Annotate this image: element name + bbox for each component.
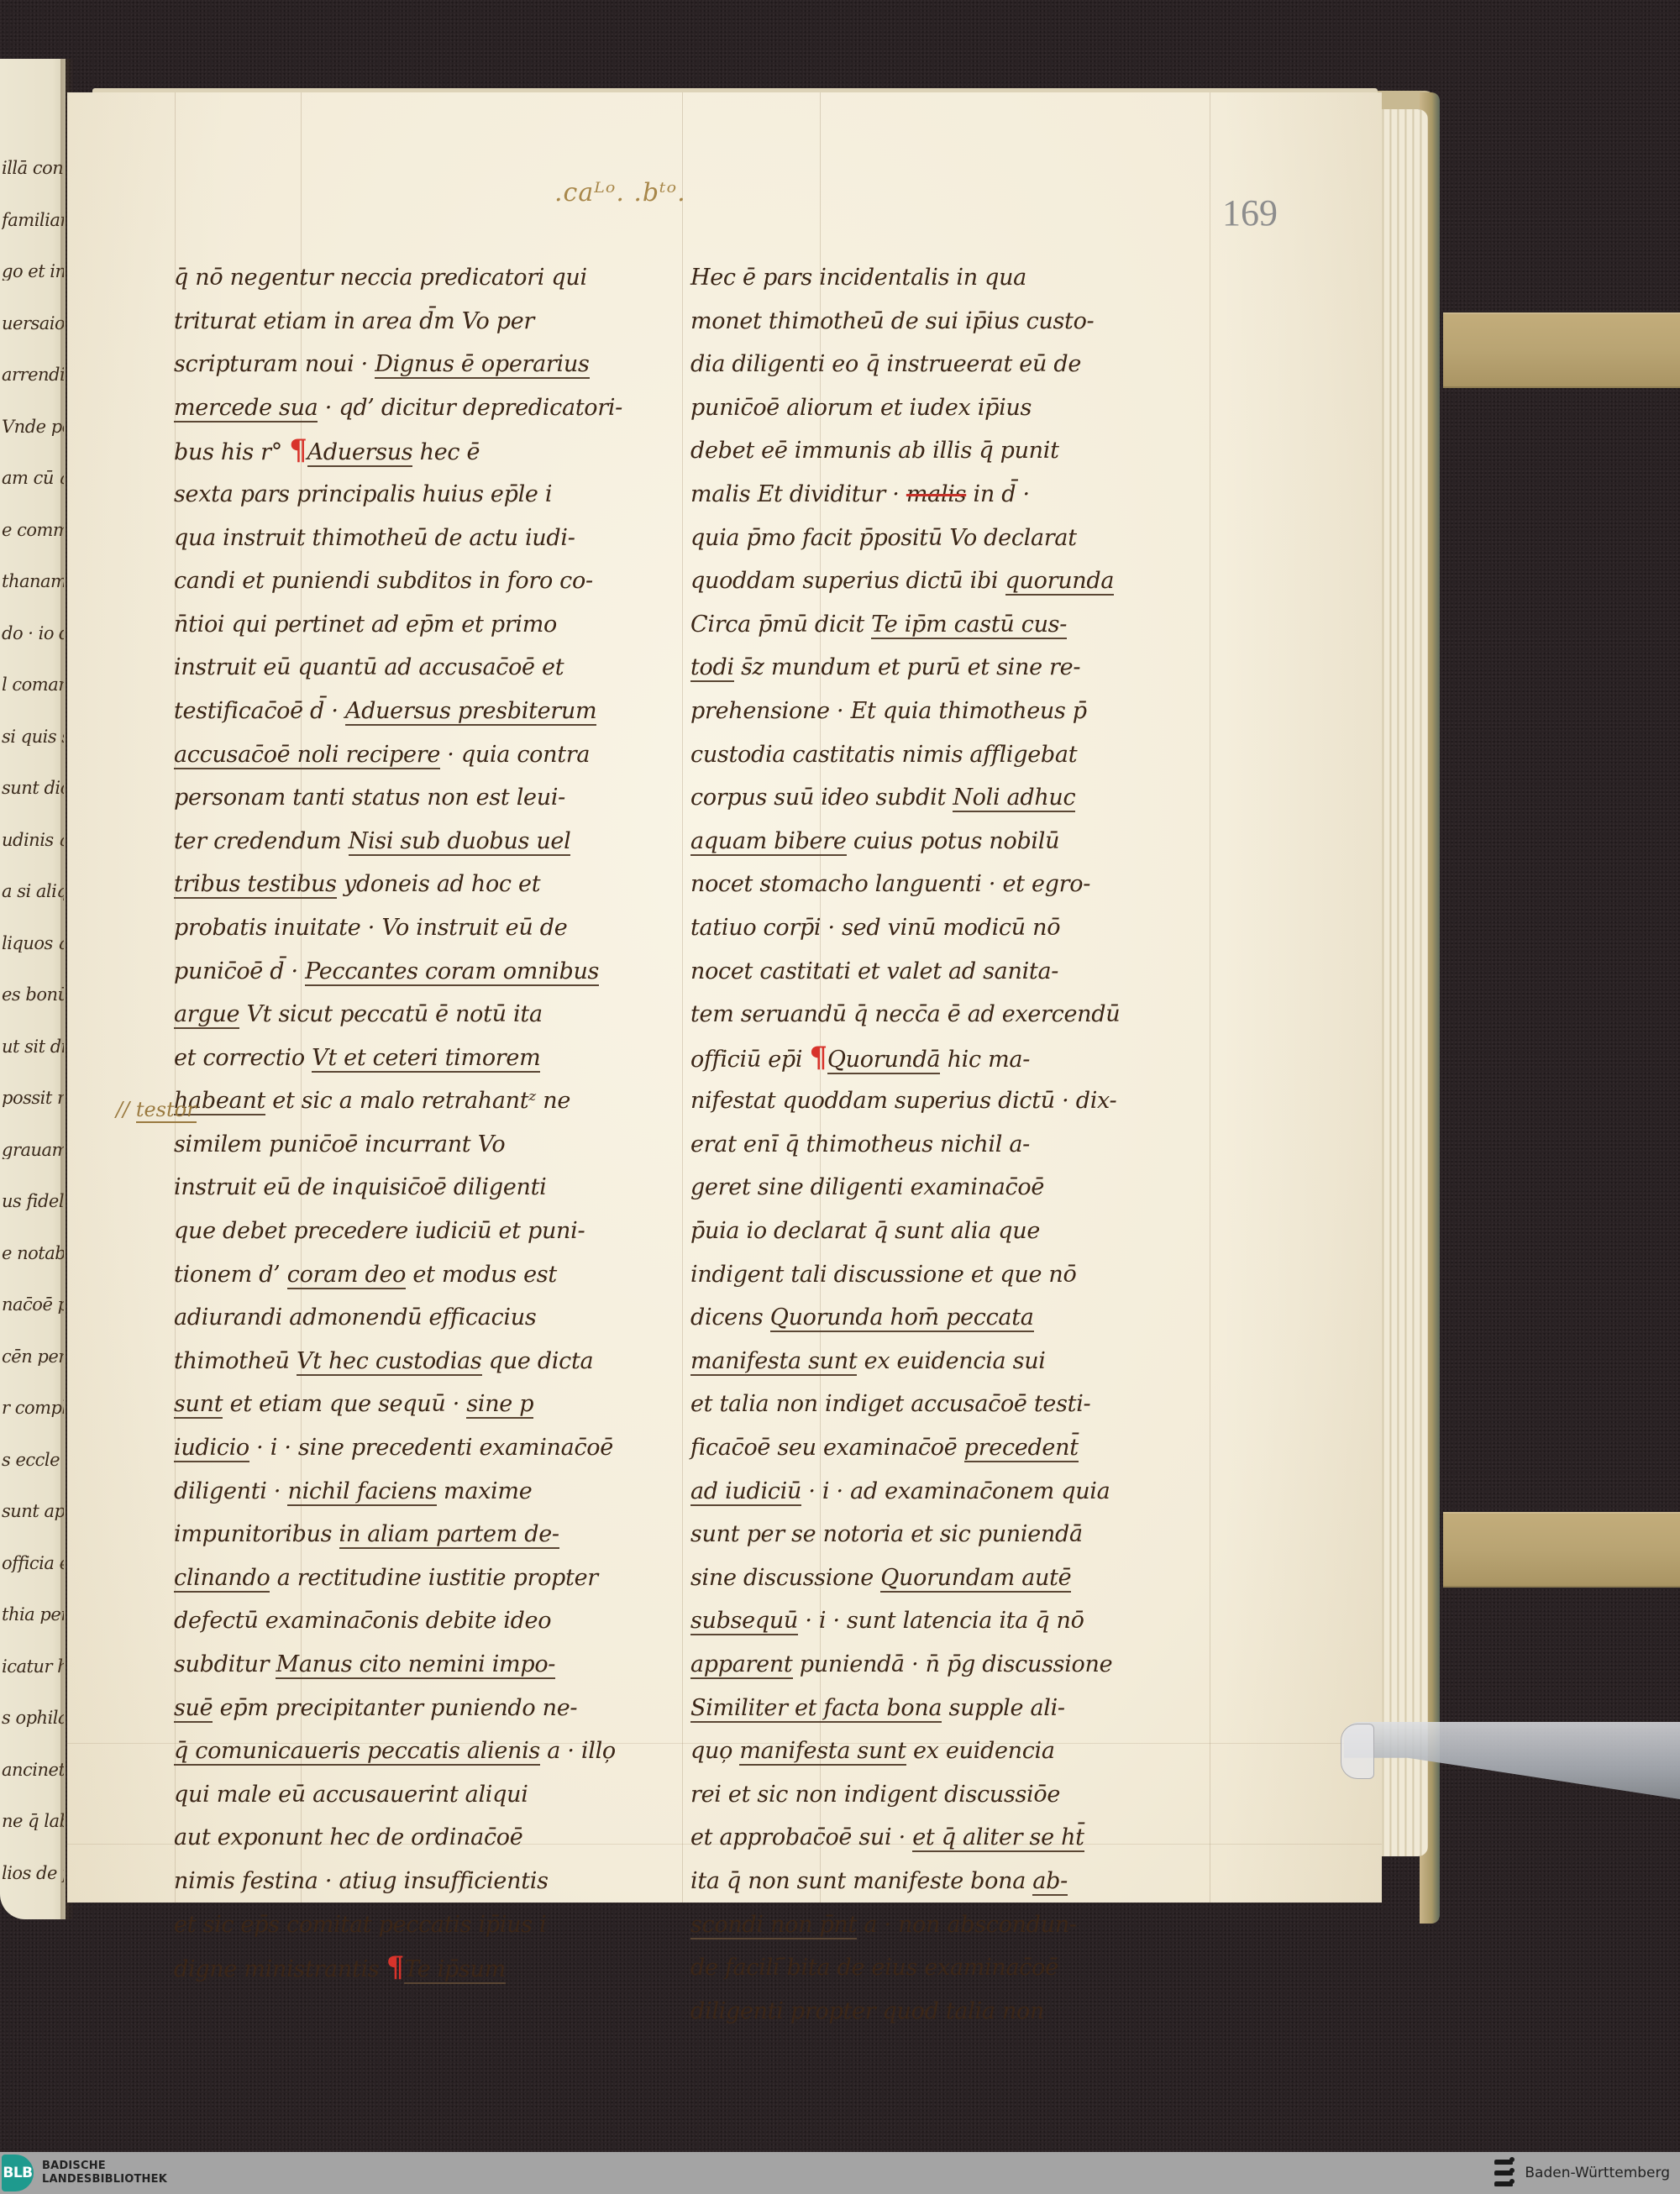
- facing-page-text-fragment: go et inimo: [2, 263, 64, 281]
- underlined-lemma: subsequū: [690, 1608, 798, 1635]
- line-text: dia diligenti eo q̄ instrueerat eū de: [690, 351, 1081, 377]
- line-text: maxime: [437, 1478, 533, 1504]
- manuscript-line: dicens Quorunda hom̄ peccata: [690, 1296, 1161, 1340]
- line-text: p̄uia io declarat q̄ sunt alia que: [690, 1218, 1040, 1244]
- underlined-lemma: Vt et ceteri timorem: [312, 1045, 540, 1073]
- line-text: adiurandi admonendū efficacius: [174, 1304, 536, 1331]
- underlined-lemma: q̄ comunicaueris peccatis alienis: [174, 1738, 540, 1766]
- line-text: a · non abscondun-: [857, 1912, 1077, 1938]
- underlined-lemma: iudicio: [174, 1435, 249, 1462]
- line-text: ficac̄oē seu examinac̄oē: [690, 1435, 964, 1461]
- manuscript-line: subditur Manus cito nemini impo-: [174, 1643, 644, 1687]
- line-text: monet thimotheū de sui ip̄ius custo-: [690, 308, 1094, 334]
- line-text: et correctio: [174, 1045, 312, 1071]
- line-text: · i · sine precedenti examinac̄oē: [249, 1435, 613, 1461]
- struck-text: malis: [906, 481, 966, 507]
- underlined-lemma: et q̄ aliter se ht̄: [912, 1824, 1084, 1852]
- facing-page-text-fragment: sunt app: [2, 1503, 64, 1520]
- ruling-line: [682, 92, 683, 1903]
- facing-page-text-fragment: do · io declar: [2, 625, 64, 643]
- facing-page-text-fragment: arrendi qua: [2, 366, 64, 384]
- line-text: n̄tioi qui pertinet ad ep̄m et primo: [174, 611, 557, 638]
- underlined-lemma: Te ip̄m castū cus-: [871, 611, 1067, 639]
- line-text: tatiuo corp̄i · sed vinū modicū nō: [690, 915, 1060, 941]
- facing-page-text-fragment: possit nisi: [2, 1089, 64, 1107]
- line-text: diligenti ·: [174, 1478, 287, 1504]
- underlined-lemma: Quorunda hom̄ peccata: [770, 1304, 1034, 1332]
- manuscript-line: q̄ nō negentur neccia predicatori qui: [174, 256, 644, 300]
- line-text: et sic ep̄s comitat peccatis ip̄ius i: [174, 1912, 546, 1938]
- line-text: tem seruandū q̄ necc̄a ē ad exercendū: [690, 1001, 1120, 1027]
- manuscript-line: ficac̄oē seu examinac̄oē precedent̄: [690, 1426, 1161, 1470]
- underlined-lemma: coram deo: [287, 1262, 406, 1289]
- line-text: hic ma-: [940, 1047, 1030, 1073]
- line-text: qua instruit thimotheū de actu iudi-: [174, 525, 575, 551]
- line-text: rei et sic non indigent discussiōe: [690, 1782, 1060, 1808]
- manuscript-line: sunt per se notoria et sic puniendā: [690, 1513, 1161, 1556]
- underlined-lemma: Noli adhuc: [953, 785, 1075, 812]
- ruling-line: [1210, 92, 1210, 1903]
- baden-wuerttemberg-text: Baden-Württemberg: [1525, 2165, 1670, 2181]
- facing-page-text-fragment: familiam in: [2, 212, 64, 229]
- line-text: nocet castitati et valet ad sanita-: [690, 958, 1058, 984]
- underlined-lemma: Dignus ē operarius: [375, 351, 589, 379]
- manuscript-line: suē ep̄m precipitanter puniendo ne-: [174, 1687, 644, 1730]
- line-text: testificac̄oē d̄ ·: [174, 698, 345, 724]
- line-text: · i · sunt latencia ita q̄ nō: [798, 1608, 1084, 1634]
- line-text: geret sine diligenti examinac̄oē: [690, 1174, 1044, 1200]
- manuscript-line: Similiter et facta bona supple ali-: [690, 1687, 1161, 1730]
- manuscript-line: diligenti propter quod talia non: [690, 1990, 1161, 2034]
- facing-page-text-fragment: si quis se ep: [2, 728, 64, 746]
- underlined-lemma: Nisi sub duobus uel: [349, 828, 571, 856]
- manuscript-line: probatis inuitate · Vo instruit eū de: [174, 906, 644, 950]
- underlined-lemma: apparent: [690, 1651, 793, 1679]
- manuscript-line: tem seruandū q̄ necc̄a ē ad exercendū: [690, 993, 1161, 1037]
- underlined-lemma: Manus cito nemini impo-: [276, 1651, 555, 1679]
- line-text: que debet precedere iudiciū et puni-: [174, 1218, 585, 1244]
- underlined-lemma: scondi non p̄nt: [690, 1912, 857, 1939]
- underlined-lemma: Quorundam autē: [880, 1565, 1071, 1593]
- manuscript-line: erat enī q̄ thimotheus nichil a-: [690, 1123, 1161, 1167]
- margin-note-text: testor: [136, 1098, 197, 1123]
- facing-page-text-fragment: illā conquest: [2, 160, 64, 177]
- manuscript-line: tatiuo corp̄i · sed vinū modicū nō: [690, 906, 1161, 950]
- line-text: diligenti propter quod talia non: [690, 1998, 1044, 2024]
- manuscript-line: q̄ comunicaueris peccatis alienis a · il…: [174, 1729, 644, 1773]
- manuscript-line: candi et puniendi subditos in foro co-: [174, 559, 644, 603]
- line-text: dicens: [690, 1304, 770, 1331]
- line-text: a rectitudine iustitie propter: [270, 1565, 597, 1591]
- baden-wuerttemberg-logo[interactable]: Baden-Württemberg: [1493, 2157, 1670, 2189]
- facing-page-text-fragment: e commenat: [2, 522, 64, 539]
- line-text: et sic a malo retrahantᶻ ne: [265, 1088, 570, 1114]
- margin-note: // testor: [116, 1098, 197, 1121]
- manuscript-line: mercede sua · qd’ dicitur depredicatori-: [174, 386, 644, 430]
- line-text: sine discussione: [690, 1565, 880, 1591]
- facing-page-text-fragment: l comande: [2, 676, 64, 694]
- manuscript-line: diligenti · nichil faciens maxime: [174, 1470, 644, 1514]
- facing-page-text-fragment: terpres: [2, 1916, 64, 1919]
- manuscript-line: thimotheū Vt hec custodias que dicta: [174, 1340, 644, 1383]
- line-text: quo̦: [690, 1738, 739, 1764]
- line-text: personam tanti status non est leui-: [174, 785, 565, 811]
- manuscript-line: custodia castitatis nimis affligebat: [690, 733, 1161, 777]
- manuscript-line: iudicio · i · sine precedenti examinac̄o…: [174, 1426, 644, 1470]
- facing-page-text-fragment: uersaio r uis: [2, 315, 64, 333]
- manuscript-line: tionem d’ coram deo et modus est: [174, 1253, 644, 1297]
- underlined-lemma: sunt: [174, 1391, 223, 1419]
- line-text: et etiam que sequū ·: [223, 1391, 466, 1417]
- manuscript-line: clinando a rectitudine iustitie propter: [174, 1556, 644, 1600]
- manuscript-line: ter credendum Nisi sub duobus uel: [174, 820, 644, 863]
- manuscript-line: que debet precedere iudiciū et puni-: [174, 1210, 644, 1253]
- manuscript-line: impunitoribus in aliam partem de-: [174, 1513, 644, 1556]
- facing-page-text-fragment: s ophilat: [2, 1709, 64, 1727]
- manuscript-line: monet thimotheū de sui ip̄ius custo-: [690, 300, 1161, 344]
- folio-number: 169: [1222, 192, 1278, 234]
- manuscript-line: scripturam noui · Dignus ē operarius: [174, 343, 644, 386]
- line-text: subditur: [174, 1651, 276, 1677]
- line-text: · quia contra: [440, 742, 590, 768]
- manuscript-line: et correctio Vt et ceteri timorem: [174, 1037, 644, 1080]
- line-text: bus his r°: [174, 439, 289, 465]
- facing-page-text-fragment: ne q̄ laborat: [2, 1813, 64, 1830]
- underlined-lemma: manifesta sunt: [739, 1738, 906, 1766]
- underlined-lemma: Similiter et facta bona: [690, 1695, 942, 1723]
- viewer-footer: BLB BADISCHE LANDESBIBLIOTHEK Baden-Würt…: [0, 2152, 1680, 2194]
- manuscript-line: corpus suū ideo subdit Noli adhuc: [690, 776, 1161, 820]
- line-text: ep̄m precipitanter puniendo ne-: [213, 1695, 577, 1721]
- paragraph-mark-icon: ¶: [289, 433, 307, 467]
- facing-page-text-fragment: sunt dicende: [2, 779, 64, 797]
- facing-page-text-fragment: a si aliq sunt: [2, 883, 64, 900]
- manuscript-line: officiū ep̄i ¶Quorundā hic ma-: [690, 1037, 1161, 1080]
- manuscript-line: quoddam superius dictū ibi quorunda: [690, 559, 1161, 603]
- underlined-lemma: tribus testibus: [174, 871, 337, 899]
- underlined-lemma: Vt hec custodias: [297, 1348, 482, 1376]
- manuscript-line: nifestat quoddam superius dictū · dix-: [690, 1079, 1161, 1123]
- line-text: et approbac̄oē sui ·: [690, 1824, 912, 1850]
- underlined-lemma: precedent̄: [964, 1435, 1079, 1462]
- facing-page-text-fragment: grauamen: [2, 1142, 64, 1159]
- line-text: punic̄oē d̄ ·: [174, 958, 305, 984]
- manuscript-line: sunt et etiam que sequū · sine p: [174, 1383, 644, 1426]
- manuscript-line: testificac̄oē d̄ · Aduersus presbiterum: [174, 690, 644, 733]
- manuscript-line: et sic ep̄s comitat peccatis ip̄ius i: [174, 1903, 644, 1947]
- line-text: impunitoribus: [174, 1521, 339, 1547]
- paragraph-mark-icon: ¶: [386, 1950, 404, 1984]
- underlined-lemma: ad iudiciū: [690, 1478, 801, 1506]
- manuscript-line: ad iudiciū · i · ad examinac̄onem quia: [690, 1470, 1161, 1514]
- manuscript-line: rei et sic non indigent discussiōe: [690, 1773, 1161, 1817]
- underlined-lemma: Quorundā: [827, 1047, 940, 1074]
- underlined-lemma: sine p: [466, 1391, 533, 1419]
- facing-page-text-fragment: ut sit dis: [2, 1038, 64, 1056]
- blb-line-1: BADISCHE: [42, 2160, 167, 2173]
- underlined-lemma: mercede sua: [174, 395, 318, 423]
- facing-page-text-fragment: officia eccl: [2, 1555, 64, 1572]
- line-text: punic̄oē aliorum et iudex ip̄ius: [690, 395, 1032, 421]
- line-text: et modus est: [406, 1262, 557, 1288]
- manuscript-line: quo̦ manifesta sunt ex euidencia: [690, 1729, 1161, 1773]
- manuscript-line: digne ministrantis ¶Te ip̄sum: [174, 1946, 644, 1990]
- underlined-lemma: argue: [174, 1001, 239, 1029]
- line-text: candi et puniendi subditos in foro co-: [174, 568, 593, 594]
- line-text: qui male eū accusauerint aliqui: [174, 1782, 528, 1808]
- manuscript-line: instruit eū de inquisic̄oē diligenti: [174, 1166, 644, 1210]
- facing-page-text-fragment: cēn per: [2, 1348, 64, 1366]
- line-text: ita q̄ non sunt manifeste bona: [690, 1868, 1032, 1894]
- line-text: probatis inuitate · Vo instruit eū de: [174, 915, 567, 941]
- facing-page-text-fragment: thia pertin: [2, 1606, 64, 1624]
- line-text: quoddam superius dictū ibi: [690, 568, 1005, 594]
- blb-logo-text: BADISCHE LANDESBIBLIOTHEK: [42, 2160, 167, 2186]
- line-text: · qd’ dicitur depredicatori-: [318, 395, 622, 421]
- line-text: defectū examinac̄onis debite ideo: [174, 1608, 551, 1634]
- manuscript-line: prehensione · Et quia thimotheus p̄: [690, 690, 1161, 733]
- underlined-lemma: accusac̄oē noli recipere: [174, 742, 440, 769]
- facing-page-text-fragment: udinis quali: [2, 832, 64, 849]
- manuscript-line: sine discussione Quorundam autē: [690, 1556, 1161, 1600]
- underlined-lemma: todi: [690, 654, 734, 682]
- line-text: ex euidencia: [906, 1738, 1055, 1764]
- underlined-lemma: Te ip̄sum: [404, 1956, 506, 1984]
- line-text: s̄z mundum et purū et sine re-: [734, 654, 1080, 680]
- line-text: a · illo̦: [540, 1738, 616, 1764]
- facing-page-edge: illā conquestfamiliam ingo et inimouersa…: [0, 59, 66, 1919]
- line-text: cuius potus nobilū: [847, 828, 1060, 854]
- underlined-lemma: suē: [174, 1695, 213, 1723]
- manuscript-line: personam tanti status non est leui-: [174, 776, 644, 820]
- manuscript-line: nocet stomacho languenti · et egro-: [690, 863, 1161, 906]
- manuscript-line: adiurandi admonendū efficacius: [174, 1296, 644, 1340]
- line-text: aut exponunt hec de ordinac̄oē: [174, 1824, 522, 1850]
- manuscript-line: instruit eū quantū ad accusac̄oē et: [174, 646, 644, 690]
- line-text: triturat etiam in area d̄m Vo per: [174, 308, 534, 334]
- blb-logo[interactable]: BLB BADISCHE LANDESBIBLIOTHEK: [2, 2155, 167, 2191]
- text-column-right: Hec ē pars incidentalis in quamonet thi…: [690, 256, 1161, 2033]
- facing-page-text-fragment: liquos quod: [2, 935, 64, 953]
- manuscript-line: ita q̄ non sunt manifeste bona ab-: [690, 1860, 1161, 1903]
- line-text: sunt per se notoria et sic puniendā: [690, 1521, 1083, 1547]
- line-text: instruit eū de inquisic̄oē diligenti: [174, 1174, 546, 1200]
- line-text: tionem d’: [174, 1262, 287, 1288]
- manuscript-line: subsequū · i · sunt latencia ita q̄ nō: [690, 1599, 1161, 1643]
- facing-page-text-fragment: thanam ons: [2, 573, 64, 590]
- line-text: quia p̄mo facit p̄positū Vo declarat: [690, 525, 1077, 551]
- blb-logo-mark: BLB: [2, 2155, 34, 2191]
- text-column-left: q̄ nō negentur neccia predicatori quitr…: [174, 256, 644, 1990]
- line-text: instruit eū quantū ad accusac̄oē et: [174, 654, 564, 680]
- underlined-lemma: clinando: [174, 1565, 270, 1593]
- line-text: similem punic̄oē incurrant Vo: [174, 1131, 505, 1157]
- manuscript-line: defectū examinac̄onis debite ideo: [174, 1599, 644, 1643]
- facing-page-text-fragment: e notabilis: [2, 1245, 64, 1262]
- line-text: ex euidencia sui: [857, 1348, 1045, 1374]
- manuscript-line: punic̄oē d̄ · Peccantes coram omnibus: [174, 950, 644, 994]
- line-text: digne ministrantis: [174, 1956, 386, 1982]
- manuscript-line: debet eē immunis ab illis q̄ punit: [690, 429, 1161, 473]
- line-text: malis Et dividitur ·: [690, 481, 906, 507]
- manuscript-line: qua instruit thimotheū de actu iudi-: [174, 517, 644, 560]
- margin-note-mark: //: [116, 1098, 129, 1121]
- manuscript-line: de facili ̄bita de eius examinac̄oē: [690, 1946, 1161, 1990]
- manuscript-line: et approbac̄oē sui · et q̄ aliter se ht…: [690, 1816, 1161, 1860]
- line-text: nifestat quoddam superius dictū · dix-: [690, 1088, 1116, 1114]
- line-text: Vt sicut peccatū ē notū ita: [239, 1001, 543, 1027]
- line-text: et talia non indiget accusac̄oē testi-: [690, 1391, 1090, 1417]
- facing-page-text-fragment: us fidelis: [2, 1193, 64, 1210]
- line-text: q̄ nō negentur neccia predicatori qui: [174, 265, 587, 291]
- line-text: ter credendum: [174, 828, 349, 854]
- facing-page-text-fragment: es bonū ep: [2, 986, 64, 1004]
- manuscript-line: et talia non indiget accusac̄oē testi-: [690, 1383, 1161, 1426]
- manuscript-line: punic̄oē aliorum et iudex ip̄ius: [690, 386, 1161, 430]
- book-clamp-tip: [1341, 1724, 1374, 1779]
- manuscript-line: tribus testibus ydoneis ad hoc et: [174, 863, 644, 906]
- running-head: .caᴸᵒ. .bᵗᵒ.: [554, 178, 686, 207]
- facing-page-text-fragment: s eccl̄e quae: [2, 1451, 64, 1469]
- manuscript-line: dia diligenti eo q̄ instrueerat eū de: [690, 343, 1161, 386]
- manuscript-line: todi s̄z mundum et purū et sine re-: [690, 646, 1161, 690]
- line-text: · i · ad examinac̄onem quia: [801, 1478, 1110, 1504]
- line-text: nocet stomacho languenti · et egro-: [690, 871, 1090, 897]
- facing-page-text-fragment: am cū quod: [2, 470, 64, 487]
- manuscript-line: triturat etiam in area d̄m Vo per: [174, 300, 644, 344]
- manuscript-line: nocet castitati et valet ad sanita-: [690, 950, 1161, 994]
- underlined-lemma: ab-: [1032, 1868, 1068, 1896]
- facing-page-text-fragment: icatur h: [2, 1658, 64, 1676]
- line-text: debet eē immunis ab illis q̄ punit: [690, 438, 1059, 464]
- facing-page-text-fragment: r complet: [2, 1399, 64, 1417]
- manuscript-line: similem punic̄oē incurrant Vo: [174, 1123, 644, 1167]
- line-text: thimotheū: [174, 1348, 297, 1374]
- line-text: prehensione · Et quia thimotheus p̄: [690, 698, 1087, 724]
- manuscript-line: n̄tioi qui pertinet ad ep̄m et primo: [174, 603, 644, 647]
- underlined-lemma: Aduersus: [307, 439, 413, 467]
- line-text: supple ali-: [942, 1695, 1064, 1721]
- manuscript-line: scondi non p̄nt a · non abscondun-: [690, 1903, 1161, 1947]
- line-text: hec ē: [412, 439, 480, 465]
- line-text: Hec ē pars incidentalis in qua: [690, 265, 1026, 291]
- underlined-lemma: in aliam partem de-: [339, 1521, 559, 1549]
- facing-page-text-fragment: ancinetis u: [2, 1761, 64, 1779]
- line-text: de facili ̄bita de eius examinac̄oē: [690, 1955, 1058, 1981]
- manuscript-line: qui male eū accusauerint aliqui: [174, 1773, 644, 1817]
- manuscript-line: quia p̄mo facit p̄positū Vo declarat: [690, 517, 1161, 560]
- line-text: scripturam noui ·: [174, 351, 375, 377]
- line-text: puniendā · n̄ p̄g discussione: [793, 1651, 1113, 1677]
- line-text: que dicta: [482, 1348, 594, 1374]
- manuscript-line: apparent puniendā · n̄ p̄g discussione: [690, 1643, 1161, 1687]
- underlined-lemma: Peccantes coram omnibus: [305, 958, 599, 986]
- underlined-lemma: Aduersus presbiterum: [345, 698, 596, 726]
- facing-page-text-fragment: nac̄oē pu: [2, 1296, 64, 1314]
- manuscript-line: nimis festina · atiug insufficientis: [174, 1860, 644, 1903]
- paragraph-mark-icon: ¶: [810, 1041, 827, 1074]
- underlined-lemma: manifesta sunt: [690, 1348, 857, 1376]
- clasp-strap-upper: [1443, 312, 1680, 388]
- manuscript-line: geret sine diligenti examinac̄oē: [690, 1166, 1161, 1210]
- manuscript-line: aquam bibere cuius potus nobilū: [690, 820, 1161, 863]
- manuscript-line: accusac̄oē noli recipere · quia contra: [174, 733, 644, 777]
- manuscript-line: aut exponunt hec de ordinac̄oē: [174, 1816, 644, 1860]
- underlined-lemma: aquam bibere: [690, 828, 847, 856]
- facing-page-text-fragment: lios de fide: [2, 1865, 64, 1882]
- three-lions-coat-of-arms-icon: [1493, 2157, 1516, 2189]
- manuscript-line: p̄uia io declarat q̄ sunt alia que: [690, 1210, 1161, 1253]
- line-text: nimis festina · atiug insufficientis: [174, 1868, 549, 1894]
- manuscript-line: bus his r° ¶Aduersus hec ē: [174, 429, 644, 473]
- line-text: custodia castitatis nimis affligebat: [690, 742, 1077, 768]
- line-text: ydoneis ad hoc et: [337, 871, 541, 897]
- manuscript-line: Circa p̄mū dicit Te ip̄m castū cus-: [690, 603, 1161, 647]
- underlined-lemma: quorunda: [1005, 568, 1115, 596]
- line-text: sexta pars principalis huius ep̄le i: [174, 481, 552, 507]
- line-text: in d̄ ·: [966, 481, 1030, 507]
- manuscript-line: sexta pars principalis huius ep̄le i: [174, 473, 644, 517]
- line-text: corpus suū ideo subdit: [690, 785, 953, 811]
- blb-line-2: LANDESBIBLIOTHEK: [42, 2173, 167, 2186]
- manuscript-line: manifesta sunt ex euidencia sui: [690, 1340, 1161, 1383]
- manuscript-line: Hec ē pars incidentalis in qua: [690, 256, 1161, 300]
- manuscript-line: indigent tali discussione et que nō: [690, 1253, 1161, 1297]
- facing-page-text-fragment: Vnde possi: [2, 418, 64, 436]
- line-text: indigent tali discussione et que nō: [690, 1262, 1076, 1288]
- line-text: officiū ep̄i: [690, 1047, 810, 1073]
- clasp-strap-lower: [1443, 1512, 1680, 1588]
- underlined-lemma: nichil faciens: [287, 1478, 436, 1506]
- manuscript-line: habeant et sic a malo retrahantᶻ ne: [174, 1079, 644, 1123]
- manuscript-line: argue Vt sicut peccatū ē notū ita: [174, 993, 644, 1037]
- manuscript-line: malis Et dividitur · malis in d̄ ·: [690, 473, 1161, 517]
- line-text: Circa p̄mū dicit: [690, 611, 871, 638]
- line-text: erat enī q̄ thimotheus nichil a-: [690, 1131, 1030, 1157]
